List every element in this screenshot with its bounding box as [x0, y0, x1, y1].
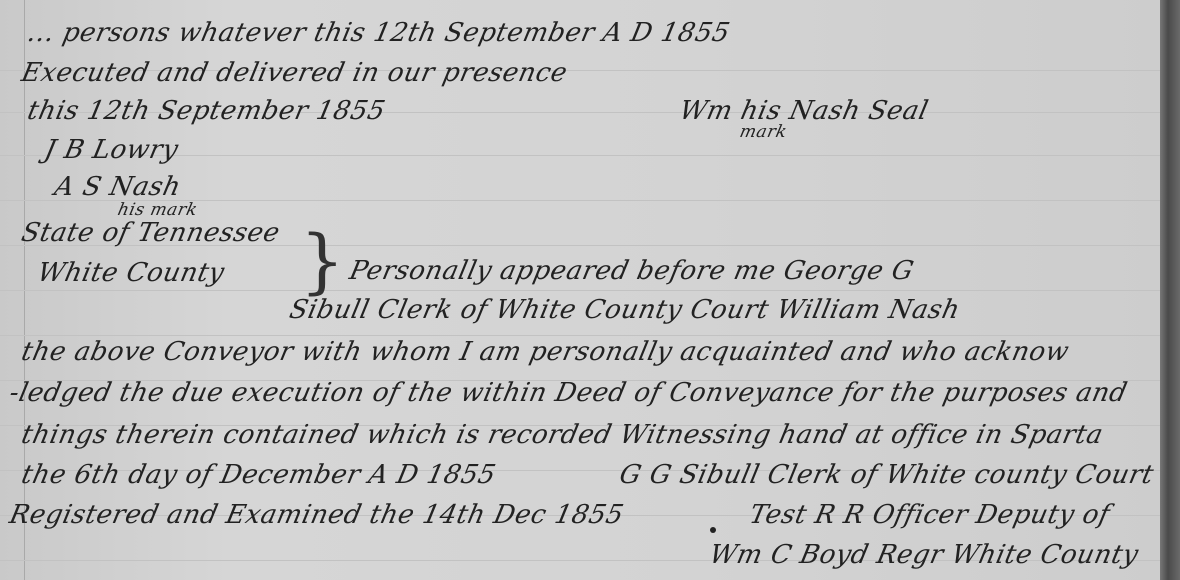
- deputy-signature: Test R R Officer Deputy of: [747, 500, 1113, 530]
- grantor-signature: Wm his Nash Seal: [677, 96, 931, 126]
- deed-line: the 6th day of December A D 1855: [19, 460, 499, 490]
- venue-state: State of Tennessee: [19, 218, 283, 248]
- witness-signature: A S Nash: [52, 172, 184, 202]
- book-binding: [1160, 0, 1180, 580]
- deed-line: Registered and Examined the 14th Dec 185…: [7, 500, 627, 530]
- deed-line: Sibull Clerk of White County Court Willi…: [287, 295, 963, 325]
- grantor-mark-label: mark: [738, 122, 789, 142]
- witness-mark-label: his mark: [116, 200, 199, 220]
- ruled-line: [0, 290, 1160, 291]
- deed-line: -ledged the due execution of the within …: [7, 378, 1130, 408]
- ink-blot: [710, 527, 716, 533]
- deed-line: ... persons whatever this 12th September…: [25, 18, 733, 48]
- ruled-line: [0, 335, 1160, 336]
- ledger-page: ... persons whatever this 12th September…: [0, 0, 1160, 580]
- deed-line: this 12th September 1855: [25, 96, 388, 126]
- venue-brace: }: [300, 220, 345, 302]
- deed-line: things therein contained which is record…: [19, 420, 1106, 450]
- witness-signature: J B Lowry: [42, 135, 181, 165]
- venue-county: White County: [35, 258, 227, 288]
- register-signature: Wm C Boyd Regr White County: [707, 540, 1141, 570]
- deed-line: Executed and delivered in our presence: [19, 58, 570, 88]
- deed-line: the above Conveyor with whom I am person…: [19, 337, 1072, 367]
- clerk-signature: G G Sibull Clerk of White county Court: [617, 460, 1157, 490]
- deed-line: Personally appeared before me George G: [347, 256, 917, 286]
